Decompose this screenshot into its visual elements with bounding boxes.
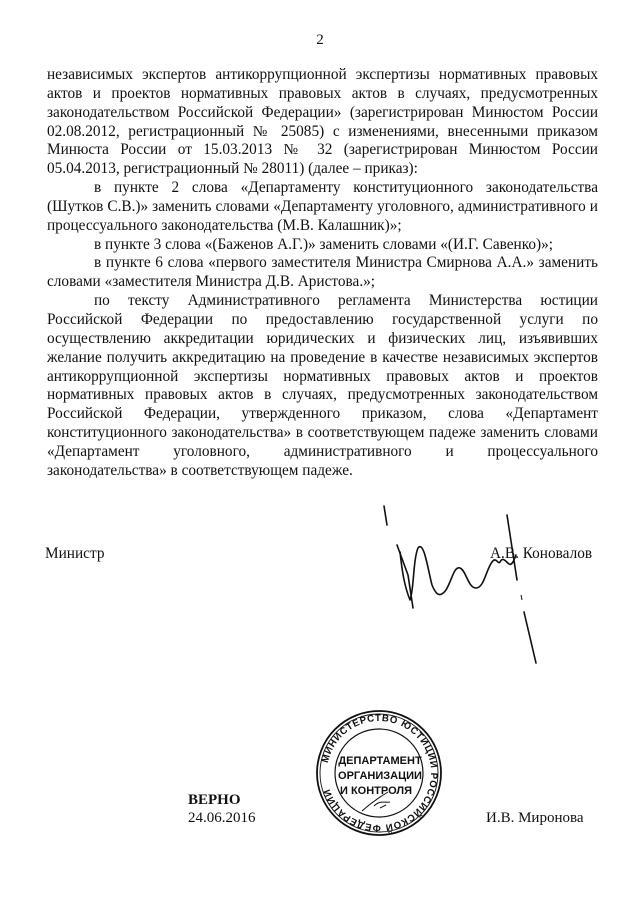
- paragraph-item-2: в пункте 2 слова «Департаменту конституц…: [47, 179, 598, 236]
- svg-text:И КОНТРОЛЯ: И КОНТРОЛЯ: [340, 785, 412, 797]
- paragraph-regulation-text: по тексту Административного регламента М…: [47, 292, 598, 480]
- signer-title: Министр: [45, 545, 104, 563]
- official-stamp-icon: МИНИСТЕРСТВО ЮСТИЦИИ РОССИЙСКОЙ ФЕДЕРАЦИ…: [314, 708, 444, 838]
- svg-text:ОРГАНИЗАЦИИ: ОРГАНИЗАЦИИ: [338, 770, 422, 782]
- document-body: независимых экспертов антикоррупционной …: [47, 66, 598, 481]
- certification-label: ВЕРНО: [188, 792, 241, 809]
- certification-date: 24.06.2016: [188, 810, 256, 827]
- paragraph-item-6: в пункте 6 слова «первого заместителя Ми…: [47, 254, 598, 292]
- signature-icon: [370, 500, 550, 670]
- page-number: 2: [0, 32, 640, 49]
- paragraph-item-3: в пункте 3 слова «(Баженов А.Г.)» замени…: [47, 236, 598, 255]
- certifier-name: И.В. Миронова: [486, 810, 584, 827]
- signer-name: А.В. Коновалов: [490, 545, 592, 563]
- paragraph-order-reference: независимых экспертов антикоррупционной …: [47, 66, 598, 179]
- svg-text:ДЕПАРТАМЕНТ: ДЕПАРТАМЕНТ: [338, 755, 422, 767]
